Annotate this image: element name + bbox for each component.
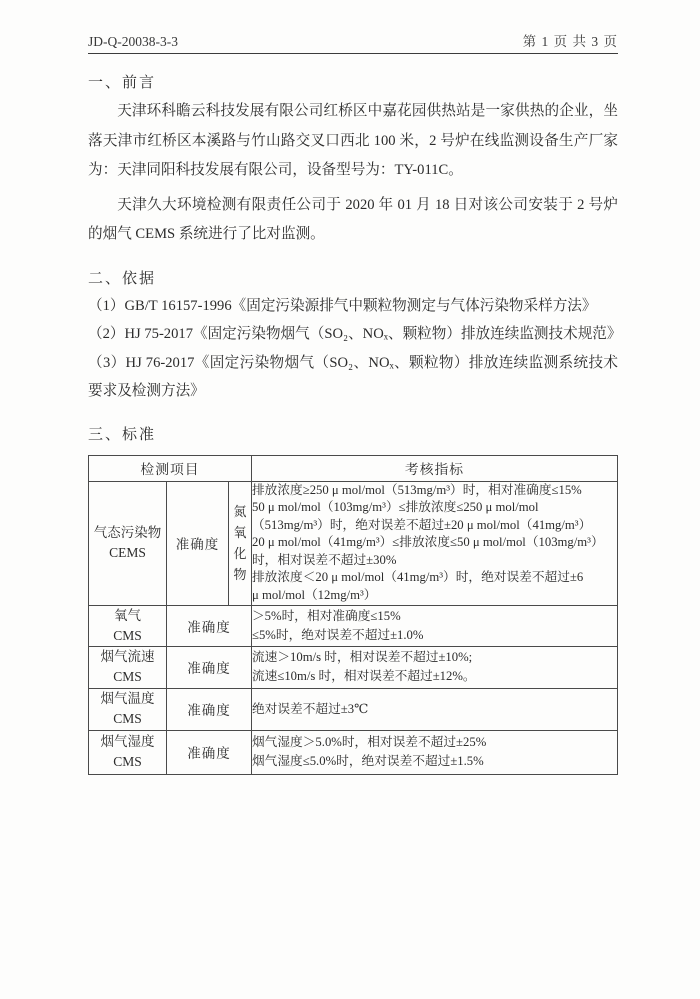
indicator-line: 时，相对误差不超过±30% xyxy=(252,552,617,569)
item-name-cell: 气态污染物 CEMS xyxy=(89,481,167,605)
document-code: JD-Q-20038-3-3 xyxy=(88,34,178,50)
item-name-line: CEMS xyxy=(89,543,166,563)
section-title-basis: 二、依据 xyxy=(88,267,618,288)
indicator-cell: 烟气湿度＞5.0%时，相对误差不超过±25% 烟气湿度≤5.0%时，绝对误差不超… xyxy=(252,730,618,774)
indicator-line: 排放浓度＜20 μ mol/mol（41mg/m³）时，绝对误差不超过±6 xyxy=(252,569,617,586)
item-name-line: 烟气流速 xyxy=(89,647,166,667)
item-param-cell: 氮氧化物 xyxy=(229,481,252,605)
table-row-flue-velocity-cms: 烟气流速 CMS 准确度 流速＞10m/s 时，相对误差不超过±10%; 流速≤… xyxy=(89,646,618,688)
item-type-cell: 准确度 xyxy=(167,730,252,774)
item-type-cell: 准确度 xyxy=(167,646,252,688)
item-name-line: 氧气 xyxy=(89,606,166,626)
item-name-cell: 烟气湿度 CMS xyxy=(89,730,167,774)
standards-table: 检测项目 考核指标 气态污染物 CEMS 准确度 氮氧化物 排放浓度≥250 μ… xyxy=(88,455,618,775)
table-row-flue-humidity-cms: 烟气湿度 CMS 准确度 烟气湿度＞5.0%时，相对误差不超过±25% 烟气湿度… xyxy=(89,730,618,774)
table-row-gaseous-cems: 气态污染物 CEMS 准确度 氮氧化物 排放浓度≥250 μ mol/mol（5… xyxy=(89,481,618,605)
indicator-line: 20 μ mol/mol（41mg/m³）≤排放浓度≤50 μ mol/mol（… xyxy=(252,534,617,551)
item-type-cell: 准确度 xyxy=(167,481,229,605)
indicator-line: 流速＞10m/s 时，相对误差不超过±10%; xyxy=(252,648,617,667)
reference-item-2: （2）HJ 75-2017《固定污染物烟气（SO₂、NOₓ、颗粒物）排放连续监测… xyxy=(88,320,618,349)
item-name-cell: 烟气流速 CMS xyxy=(89,646,167,688)
indicator-cell: ＞5%时，相对准确度≤15% ≤5%时，绝对误差不超过±1.0% xyxy=(252,605,618,646)
indicator-line: 50 μ mol/mol（103mg/m³）≤排放浓度≤250 μ mol/mo… xyxy=(252,499,617,516)
indicator-cell: 流速＞10m/s 时，相对误差不超过±10%; 流速≤10m/s 时，相对误差不… xyxy=(252,646,618,688)
table-header-row: 检测项目 考核指标 xyxy=(89,455,618,481)
section-title-standard: 三、标准 xyxy=(88,423,618,444)
table-header-item: 检测项目 xyxy=(89,455,252,481)
reference-item-3: （3）HJ 76-2017《固定污染物烟气（SO₂、NOₓ、颗粒物）排放连续监测… xyxy=(88,349,618,406)
section-title-preface: 一、前言 xyxy=(88,71,618,92)
item-name-cell: 氧气 CMS xyxy=(89,605,167,646)
indicator-line: 烟气湿度＞5.0%时，相对误差不超过±25% xyxy=(252,733,617,752)
item-name-cell: 烟气温度 CMS xyxy=(89,688,167,730)
param-vertical-label: 氮氧化物 xyxy=(233,501,247,585)
item-name-line: CMS xyxy=(89,709,166,729)
indicator-line: 排放浓度≥250 μ mol/mol（513mg/m³）时，相对准确度≤15% xyxy=(252,482,617,499)
indicator-line: 流速≤10m/s 时，相对误差不超过±12%。 xyxy=(252,667,617,686)
page-header: JD-Q-20038-3-3 第 1 页 共 3 页 xyxy=(88,30,618,54)
table-row-flue-temperature-cms: 烟气温度 CMS 准确度 绝对误差不超过±3℃ xyxy=(89,688,618,730)
table-row-oxygen-cms: 氧气 CMS 准确度 ＞5%时，相对准确度≤15% ≤5%时，绝对误差不超过±1… xyxy=(89,605,618,646)
item-name-line: 烟气温度 xyxy=(89,689,166,709)
indicator-line: 烟气湿度≤5.0%时，绝对误差不超过±1.5% xyxy=(252,752,617,771)
item-name-line: 烟气湿度 xyxy=(89,732,166,752)
page-number: 第 1 页 共 3 页 xyxy=(523,30,618,50)
reference-list: （1）GB/T 16157-1996《固定污染源排气中颗粒物测定与气体污染物采样… xyxy=(88,292,618,406)
item-type-cell: 准确度 xyxy=(167,605,252,646)
indicator-cell: 绝对误差不超过±3℃ xyxy=(252,688,618,730)
preface-paragraph-2: 天津久大环境检测有限责任公司于 2020 年 01 月 18 日对该公司安装于 … xyxy=(88,191,618,250)
item-name-line: CMS xyxy=(89,626,166,646)
item-name-line: CMS xyxy=(89,752,166,772)
indicator-line: ＞5%时，相对准确度≤15% xyxy=(252,607,617,626)
indicator-line: μ mol/mol（12mg/m³） xyxy=(252,587,617,604)
indicator-line: （513mg/m³）时，绝对误差不超过±20 μ mol/mol（41mg/m³… xyxy=(252,517,617,534)
indicator-line: 绝对误差不超过±3℃ xyxy=(252,700,617,719)
item-name-line: CMS xyxy=(89,667,166,687)
indicator-line: ≤5%时，绝对误差不超过±1.0% xyxy=(252,626,617,645)
indicator-cell: 排放浓度≥250 μ mol/mol（513mg/m³）时，相对准确度≤15% … xyxy=(252,481,618,605)
reference-item-1: （1）GB/T 16157-1996《固定污染源排气中颗粒物测定与气体污染物采样… xyxy=(88,292,618,321)
table-header-indicator: 考核指标 xyxy=(252,455,618,481)
item-type-cell: 准确度 xyxy=(167,688,252,730)
item-name-line: 气态污染物 xyxy=(89,523,166,543)
document-page: JD-Q-20038-3-3 第 1 页 共 3 页 一、前言 天津环科瞻云科技… xyxy=(0,0,700,999)
preface-paragraph-1: 天津环科瞻云科技发展有限公司红桥区中嘉花园供热站是一家供热的企业，坐落天津市红桥… xyxy=(88,97,618,186)
